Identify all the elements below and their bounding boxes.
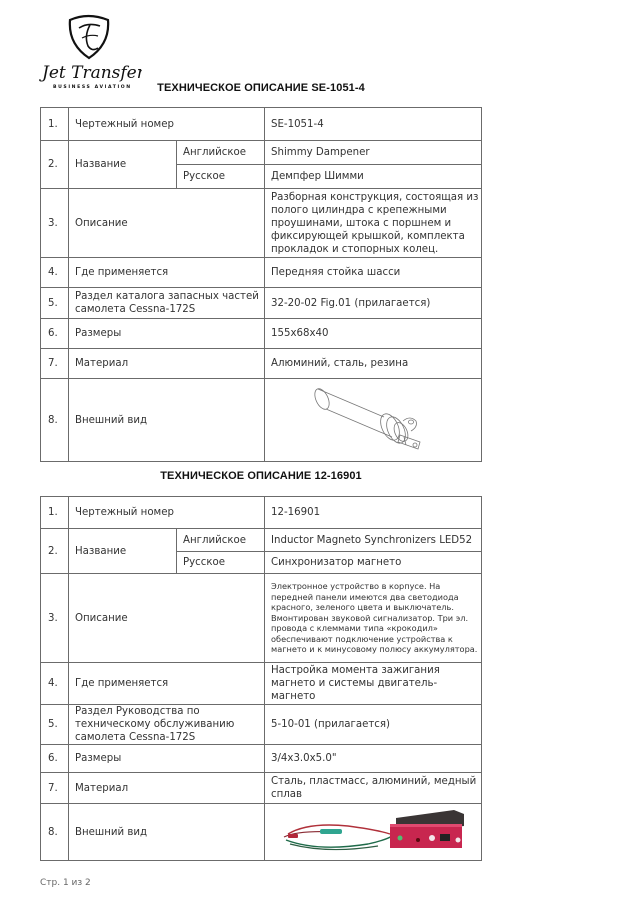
table-row: 7. Материал Алюминий, сталь, резина xyxy=(41,349,482,379)
table-row: 8. Внешний вид xyxy=(41,804,482,861)
row-value: Сталь, пластмасс, алюминий, медный сплав xyxy=(265,773,482,804)
section-title-se-1051-4: ТЕХНИЧЕСКОЕ ОПИСАНИЕ SE-1051-4 xyxy=(40,82,482,94)
row-number: 7. xyxy=(41,773,69,804)
row-value: Алюминий, сталь, резина xyxy=(265,349,482,379)
row-number: 5. xyxy=(41,705,69,745)
row-label: Раздел Руководства по техническому обслу… xyxy=(69,705,265,745)
sub-label-english: Английское xyxy=(177,141,265,165)
row-number: 6. xyxy=(41,319,69,349)
row-number: 4. xyxy=(41,258,69,288)
row-value: Синхронизатор магнето xyxy=(265,552,482,574)
row-number: 1. xyxy=(41,108,69,141)
row-number: 3. xyxy=(41,574,69,663)
table-row: 4. Где применяется Настройка момента заж… xyxy=(41,663,482,705)
row-label: Чертежный номер xyxy=(69,108,265,141)
table-row: 4. Где применяется Передняя стойка шасси xyxy=(41,258,482,288)
row-label: Внешний вид xyxy=(69,804,265,861)
sub-label-english: Английское xyxy=(177,529,265,552)
row-value: Электронное устройство в корпусе. На пер… xyxy=(265,574,482,663)
row-value: 32-20-02 Fig.01 (прилагается) xyxy=(265,288,482,319)
shimmy-dampener-drawing-image xyxy=(308,379,438,457)
table-row: 1. Чертежный номер SE-1051-4 xyxy=(41,108,482,141)
row-label: Название xyxy=(69,141,177,189)
row-number: 7. xyxy=(41,349,69,379)
table-row: 8. Внешний вид xyxy=(41,379,482,462)
table-row: 6. Размеры 3/4x3.0x5.0" xyxy=(41,745,482,773)
section-title-12-16901: ТЕХНИЧЕСКОЕ ОПИСАНИЕ 12-16901 xyxy=(40,470,482,482)
table-row: 2. Название Английское Inductor Magneto … xyxy=(41,529,482,552)
row-label: Материал xyxy=(69,349,265,379)
row-value: Shimmy Dampener xyxy=(265,141,482,165)
row-label: Раздел каталога запасных частей самолета… xyxy=(69,288,265,319)
magneto-synchronizer-photo-image xyxy=(278,804,468,856)
row-value: Передняя стойка шасси xyxy=(265,258,482,288)
appearance-image-cell xyxy=(265,379,482,462)
row-number: 5. xyxy=(41,288,69,319)
row-value: Демпфер Шимми xyxy=(265,165,482,189)
row-number: 4. xyxy=(41,663,69,705)
logo-brand: Jet Transfer xyxy=(39,63,142,83)
row-label: Где применяется xyxy=(69,663,265,705)
row-number: 3. xyxy=(41,189,69,258)
row-label: Описание xyxy=(69,574,265,663)
row-label: Внешний вид xyxy=(69,379,265,462)
table-row: 6. Размеры 155x68x40 xyxy=(41,319,482,349)
row-number: 2. xyxy=(41,529,69,574)
row-value: Разборная конструкция, состоящая из поло… xyxy=(265,189,482,258)
row-label: Где применяется xyxy=(69,258,265,288)
table-row: 3. Описание Разборная конструкция, состо… xyxy=(41,189,482,258)
row-label: Размеры xyxy=(69,319,265,349)
row-value: 155x68x40 xyxy=(265,319,482,349)
page-footer: Стр. 1 из 2 xyxy=(40,878,91,888)
row-number: 2. xyxy=(41,141,69,189)
row-number: 8. xyxy=(41,379,69,462)
table-row: 5. Раздел каталога запасных частей самол… xyxy=(41,288,482,319)
table-row: 1. Чертежный номер 12-16901 xyxy=(41,497,482,529)
table-row: 7. Материал Сталь, пластмасс, алюминий, … xyxy=(41,773,482,804)
table-row: 3. Описание Электронное устройство в кор… xyxy=(41,574,482,663)
appearance-image-cell xyxy=(265,804,482,861)
row-label: Материал xyxy=(69,773,265,804)
sub-label-russian: Русское xyxy=(177,165,265,189)
row-value: SE-1051-4 xyxy=(265,108,482,141)
row-number: 6. xyxy=(41,745,69,773)
spec-table-se-1051-4: 1. Чертежный номер SE-1051-4 2. Название… xyxy=(40,107,482,462)
row-value: 3/4x3.0x5.0" xyxy=(265,745,482,773)
row-value: Inductor Magneto Synchronizers LED52 xyxy=(265,529,482,552)
row-label: Название xyxy=(69,529,177,574)
table-row: 2. Название Английское Shimmy Dampener xyxy=(41,141,482,165)
table-row: 5. Раздел Руководства по техническому об… xyxy=(41,705,482,745)
row-label: Чертежный номер xyxy=(69,497,265,529)
row-label: Размеры xyxy=(69,745,265,773)
row-value: 12-16901 xyxy=(265,497,482,529)
row-value: Настройка момента зажигания магнето и си… xyxy=(265,663,482,705)
row-number: 8. xyxy=(41,804,69,861)
row-value: 5-10-01 (прилагается) xyxy=(265,705,482,745)
row-label: Описание xyxy=(69,189,265,258)
sub-label-russian: Русское xyxy=(177,552,265,574)
row-number: 1. xyxy=(41,497,69,529)
spec-table-12-16901: 1. Чертежный номер 12-16901 2. Название … xyxy=(40,496,482,861)
